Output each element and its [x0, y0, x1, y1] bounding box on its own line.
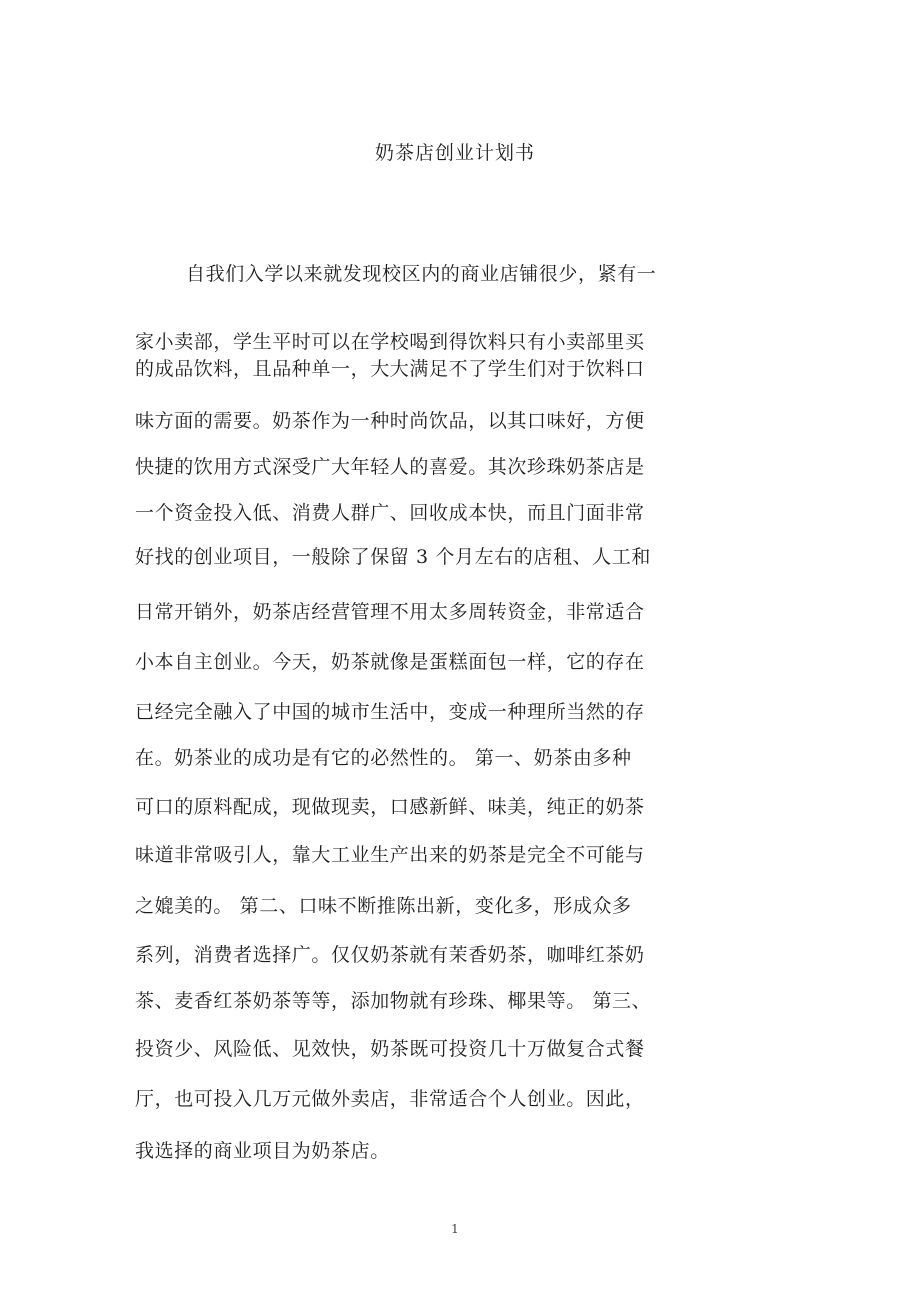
paragraph-line: 我选择的商业项目为奶茶店。 [135, 1139, 655, 1163]
paragraph-line: 系列，消费者选择广。仅仅奶茶就有茉香奶茶，咖啡红茶奶 [135, 943, 655, 967]
paragraph-line: 厅，也可投入几万元做外卖店，非常适合个人创业。因此， [135, 1087, 655, 1111]
paragraph-line: 味道非常吸引人，靠大工业生产出来的奶茶是完全不可能与 [135, 843, 655, 867]
paragraph-line: 在。奶茶业的成功是有它的必然性的。 第一、奶茶由多种 [135, 746, 655, 770]
paragraph-line: 茶、麦香红茶奶茶等等，添加物就有珍珠、椰果等。 第三、 [135, 989, 655, 1013]
paragraph-line: 一个资金投入低、消费人群广、回收成本快，而且门面非常 [135, 501, 655, 525]
paragraph-line: 的成品饮料，且品种单一，大大满足不了学生们对于饮料口 [135, 357, 655, 381]
paragraph-line: 之媲美的。 第二、口味不断推陈出新，变化多，形成众多 [135, 894, 655, 918]
paragraph-line: 味方面的需要。奶茶作为一种时尚饮品，以其口味好，方便 [135, 409, 655, 433]
paragraph-line: 自我们入学以来就发现校区内的商业店铺很少，紧有一 [186, 262, 656, 286]
page-number: 1 [0, 1222, 910, 1236]
paragraph-line: 快捷的饮用方式深受广大年轻人的喜爱。其次珍珠奶茶店是 [135, 455, 655, 479]
document-page: 奶茶店创业计划书 自我们入学以来就发现校区内的商业店铺很少，紧有一 家小卖部，学… [0, 0, 920, 1303]
paragraph-line: 好找的创业项目，一般除了保留 3 个月左右的店租、人工和 [135, 545, 655, 569]
paragraph-line: 家小卖部，学生平时可以在学校喝到得饮料只有小卖部里买 [135, 330, 655, 354]
paragraph-line: 已经完全融入了中国的城市生活中，变成一种理所当然的存 [135, 700, 655, 724]
paragraph-line: 可口的原料配成，现做现卖，口感新鲜、味美，纯正的奶茶 [135, 795, 655, 819]
document-title: 奶茶店创业计划书 [0, 138, 910, 165]
paragraph-line: 日常开销外，奶茶店经营管理不用太多周转资金，非常适合 [135, 600, 655, 624]
paragraph-line: 小本自主创业。今天，奶茶就像是蛋糕面包一样，它的存在 [135, 650, 655, 674]
paragraph-line: 投资少、风险低、见效快，奶茶既可投资几十万做复合式餐 [135, 1037, 655, 1061]
